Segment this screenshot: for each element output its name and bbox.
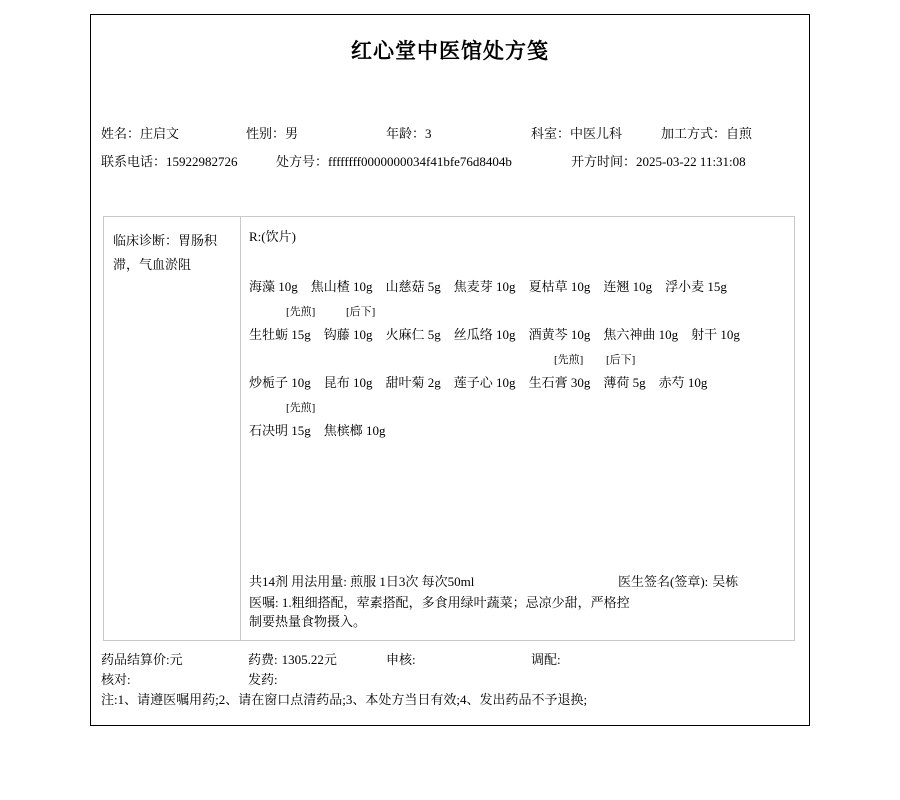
patient-age-label: 年龄： (386, 126, 425, 141)
footer-note: 注:1、请遵医嘱用药;2、请在窗口点清药品;3、本处方当日有效;4、发出药品不予… (101, 689, 587, 705)
patient-gender-value: 男 (285, 126, 298, 141)
processing-method-label: 加工方式： (661, 126, 726, 141)
herb-item: 焦麦芽 10g (454, 279, 516, 294)
herb-item: 夏枯草 10g (529, 279, 591, 294)
herb-item: 火麻仁 5g (386, 327, 441, 342)
processing-method-field: 加工方式：自煎 (661, 123, 752, 142)
phone-field: 联系电话：15922982726 (101, 151, 238, 170)
doctor-remark: 医嘱: 1.粗细搭配，荤素搭配，多食用绿叶蔬菜；忌凉少甜，严格控制要热量食物摄入… (249, 593, 631, 631)
patient-name-label: 姓名： (101, 126, 140, 141)
patient-age-value: 3 (425, 126, 432, 141)
doctor-signature-label: 医生签名(签章): (618, 574, 708, 589)
herb-item: 石决明 15g (249, 423, 311, 438)
doctor-name: 吴栋 (712, 574, 738, 589)
herb-item: 连翘 10g (603, 279, 652, 294)
herb-item: 焦槟榔 10g (324, 423, 386, 438)
spacer (249, 450, 784, 574)
herb-line: 海藻 10g焦山楂 10g山慈菇 5g焦麦芽 10g夏枯草 10g连翘 10g浮… (249, 279, 784, 295)
phone-label: 联系电话： (101, 154, 166, 169)
prescription-page: 红心堂中医馆处方笺 姓名：庄启文 性别：男 年龄：3 科室：中医儿科 加工方式：… (90, 14, 810, 726)
herb-line: 炒栀子 10g昆布 10g甜叶菊 2g莲子心 10g生石膏 30g薄荷 5g赤芍… (249, 375, 784, 391)
issue-time-label: 开方时间： (571, 154, 636, 169)
prescription-table: 临床诊断：胃肠积滞，气血淤阻 R:(饮片) 海藻 10g焦山楂 10g山慈菇 5… (103, 216, 795, 641)
herb-item: 海藻 10g (249, 279, 298, 294)
decoction-annotation: [先煎] (554, 354, 583, 366)
decoction-annotation: [先煎] (286, 402, 315, 414)
usage-text: 共14剂 用法用量: 煎服 1日3次 每次50ml (249, 574, 474, 589)
herb-item: 甜叶菊 2g (386, 375, 441, 390)
diagnosis-label: 临床诊断： (113, 233, 178, 248)
check-field: 核对: (101, 669, 131, 685)
page-title: 红心堂中医馆处方笺 (91, 35, 809, 65)
herb-item: 射干 10g (691, 327, 740, 342)
fee-field: 药费:1305.22元 (248, 649, 337, 665)
herb-item: 酒黄芩 10g (529, 327, 591, 342)
annotation-line: [先煎][后下] (249, 306, 784, 318)
herb-item: 炒栀子 10g (249, 375, 311, 390)
patient-info-row-2: 联系电话：15922982726 处方号：ffffffff0000000034f… (91, 151, 809, 169)
give-field: 发药: (248, 669, 278, 685)
herb-item: 赤芍 10g (659, 375, 708, 390)
patient-gender-field: 性别：男 (246, 123, 298, 142)
doctor-signature: 医生签名(签章):吴栋 (618, 574, 738, 590)
herb-lines: 海藻 10g焦山楂 10g山慈菇 5g焦麦芽 10g夏枯草 10g连翘 10g浮… (249, 279, 784, 439)
herb-item: 昆布 10g (324, 375, 373, 390)
herb-item: 山慈菇 5g (386, 279, 441, 294)
decoction-annotation: [后下] (606, 354, 635, 366)
patient-age-field: 年龄：3 (386, 123, 432, 142)
department-field: 科室：中医儿科 (531, 123, 622, 142)
processing-method-value: 自煎 (726, 126, 752, 141)
herb-item: 生牡蛎 15g (249, 327, 311, 342)
herb-item: 浮小麦 15g (665, 279, 727, 294)
prescription-no-field: 处方号：ffffffff0000000034f41bfe76d8404b (276, 151, 512, 170)
decoction-annotation: [先煎] (286, 306, 315, 318)
herb-item: 生石膏 30g (529, 375, 591, 390)
patient-name-value: 庄启文 (140, 126, 179, 141)
prescription-cell: R:(饮片) 海藻 10g焦山楂 10g山慈菇 5g焦麦芽 10g夏枯草 10g… (241, 217, 794, 640)
herb-item: 薄荷 5g (603, 375, 645, 390)
patient-info-row-1: 姓名：庄启文 性别：男 年龄：3 科室：中医儿科 加工方式：自煎 (91, 123, 809, 141)
usage-line: 共14剂 用法用量: 煎服 1日3次 每次50ml 医生签名(签章):吴栋 (249, 574, 784, 590)
issue-time-field: 开方时间：2025-03-22 11:31:08 (571, 151, 746, 170)
annotation-line: [先煎][后下] (249, 354, 784, 366)
herb-item: 焦六神曲 10g (603, 327, 678, 342)
fee-label: 药费: (248, 652, 278, 667)
herb-line: 生牡蛎 15g钩藤 10g火麻仁 5g丝瓜络 10g酒黄芩 10g焦六神曲 10… (249, 327, 784, 343)
annotation-line: [先煎] (249, 402, 784, 414)
patient-gender-label: 性别： (246, 126, 285, 141)
herb-item: 钩藤 10g (324, 327, 373, 342)
issue-time-value: 2025-03-22 11:31:08 (636, 154, 746, 169)
diagnosis-cell: 临床诊断：胃肠积滞，气血淤阻 (104, 217, 241, 640)
settle-price-field: 药品结算价:元 (101, 649, 183, 665)
herb-item: 莲子心 10g (454, 375, 516, 390)
fee-value: 1305.22元 (282, 652, 337, 667)
phone-value: 15922982726 (166, 154, 238, 169)
rx-header: R:(饮片) (249, 229, 784, 245)
department-label: 科室： (531, 126, 570, 141)
herb-item: 丝瓜络 10g (454, 327, 516, 342)
decoction-annotation: [后下] (346, 306, 375, 318)
prescription-no-value: ffffffff0000000034f41bfe76d8404b (328, 154, 512, 169)
prescription-no-label: 处方号： (276, 154, 328, 169)
review-field: 申核: (386, 649, 416, 665)
herb-line: 石决明 15g焦槟榔 10g (249, 423, 784, 439)
department-value: 中医儿科 (570, 126, 622, 141)
patient-name-field: 姓名：庄启文 (101, 123, 179, 142)
dispense-field: 调配: (531, 649, 561, 665)
herb-item: 焦山楂 10g (311, 279, 373, 294)
